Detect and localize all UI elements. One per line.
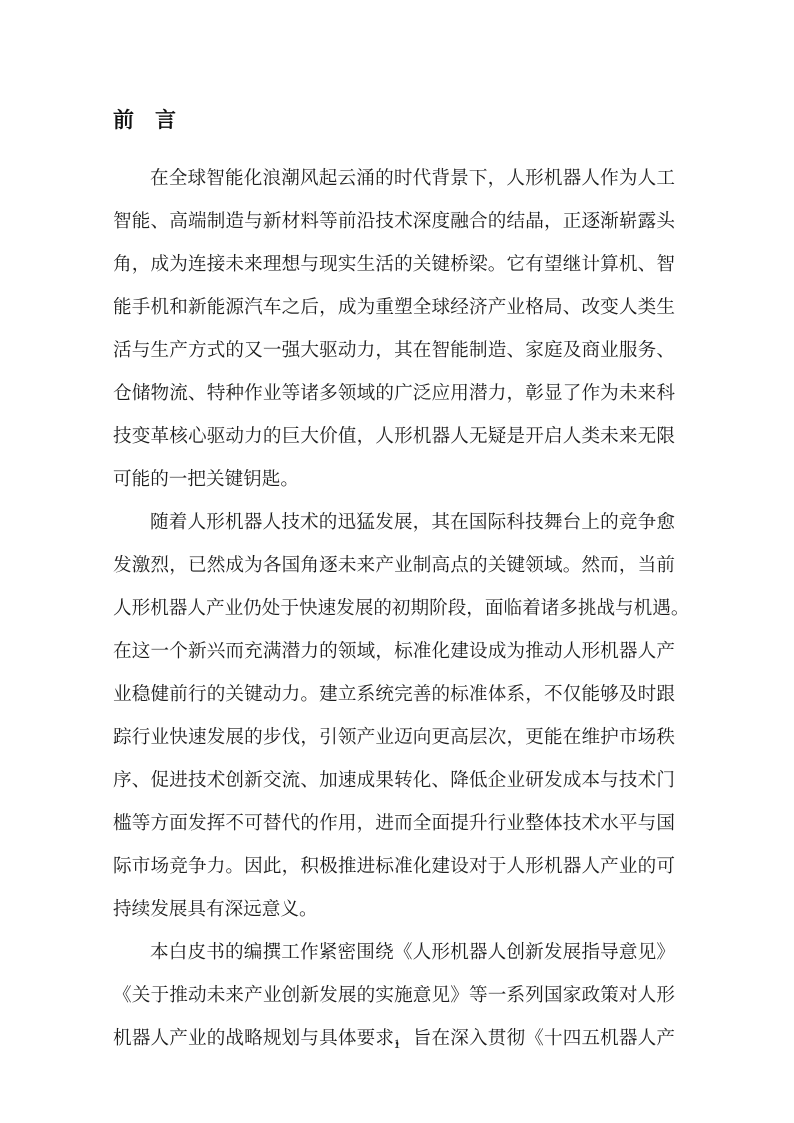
paragraph-2-line-4: 在这一个新兴而充满潜力的领域，标准化建设成为推动人形机器人产 (113, 640, 675, 664)
paragraph-2-line-3: 人形机器人产业仍处于快速发展的初期阶段，面临着诸多挑战与机遇。 (113, 597, 675, 621)
paragraph-1-line-6: 仓储物流、特种作业等诸多领域的广泛应用潜力，彰显了作为未来科 (113, 382, 675, 406)
paragraph-1-line-3: 角，成为连接未来理想与现实生活的关键桥梁。它有望继计算机、智 (113, 253, 675, 277)
paragraph-1-line-7: 技变革核心驱动力的巨大价值，人形机器人无疑是开启人类未来无限 (113, 425, 675, 449)
paragraph-2-line-6: 踪行业快速发展的步伐，引领产业迈向更高层次，更能在维护市场秩 (113, 726, 675, 750)
paragraph-2-line-8: 槛等方面发挥不可替代的作用，进而全面提升行业整体技术水平与国 (113, 812, 675, 836)
paragraph-2-line-10: 持续发展具有深远意义。 (113, 898, 675, 922)
paragraph-1-line-2: 智能、高端制造与新材料等前沿技术深度融合的结晶，正逐渐崭露头 (113, 210, 675, 234)
paragraph-2-line-2: 发激烈，已然成为各国角逐未来产业制高点的关键领域。然而，当前 (113, 554, 675, 578)
paragraph-1-line-5: 活与生产方式的又一强大驱动力，其在智能制造、家庭及商业服务、 (113, 339, 675, 363)
paragraph-2-line-7: 序、促进技术创新交流、加速成果转化、降低企业研发成本与技术门 (113, 769, 675, 793)
paragraph-1-line-4: 能手机和新能源汽车之后，成为重塑全球经济产业格局、改变人类生 (113, 296, 675, 320)
paragraph-1-line-1: 在全球智能化浪潮风起云涌的时代背景下，人形机器人作为人工 (150, 167, 675, 191)
page-number: 1 (0, 1036, 794, 1052)
paragraph-3-line-1: 本白皮书的编撰工作紧密围绕《人形机器人创新发展指导意见》 (150, 941, 675, 965)
paragraph-2-line-5: 业稳健前行的关键动力。建立系统完善的标准体系，不仅能够及时跟 (113, 683, 675, 707)
page-title: 前 言 (113, 104, 176, 134)
document-page: 前 言 在全球智能化浪潮风起云涌的时代背景下，人形机器人作为人工 智能、高端制造… (0, 0, 794, 1123)
paragraph-2-line-1: 随着人形机器人技术的迅猛发展，其在国际科技舞台上的竞争愈 (150, 511, 675, 535)
paragraph-2-line-9: 际市场竞争力。因此，积极推进标准化建设对于人形机器人产业的可 (113, 855, 675, 879)
paragraph-3-line-2: 《关于推动未来产业创新发展的实施意见》等一系列国家政策对人形 (113, 984, 675, 1008)
paragraph-1-line-8: 可能的一把关键钥匙。 (113, 468, 675, 492)
